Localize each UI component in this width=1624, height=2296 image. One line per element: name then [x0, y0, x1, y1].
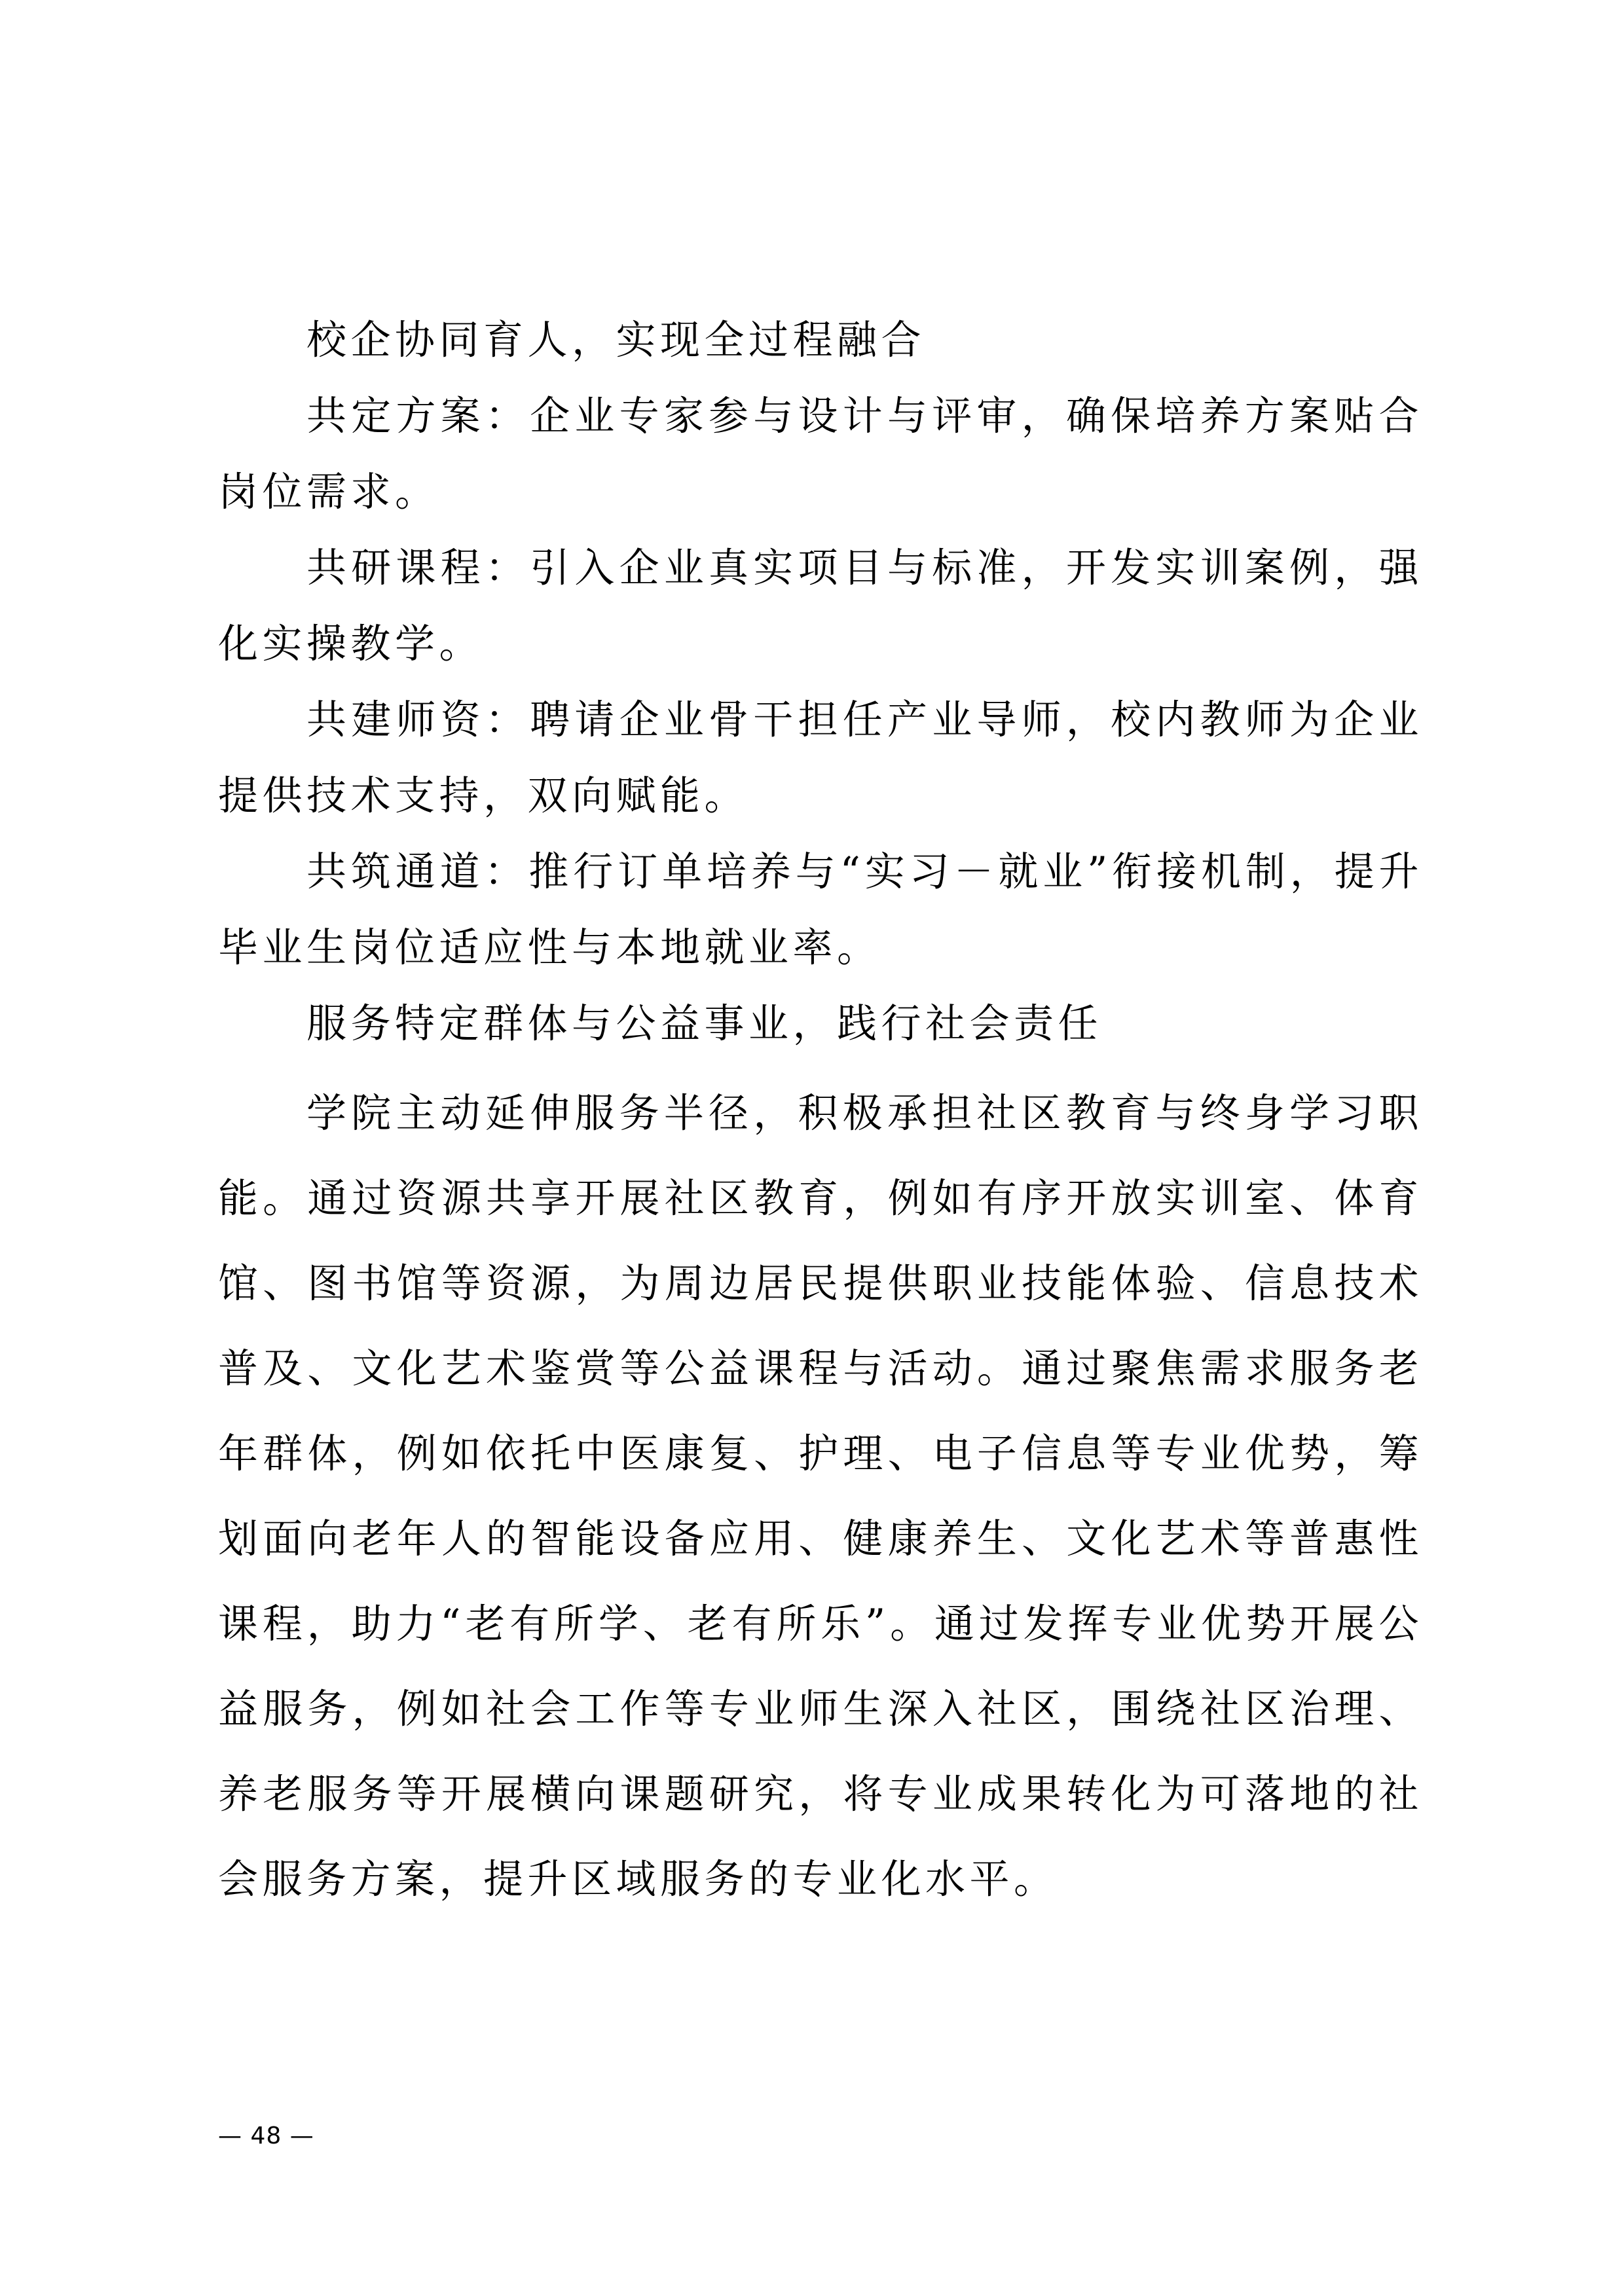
item-joint-channel: 共筑通道：推行订单培养与“实习－就业”衔接机制，提升毕业生岗位适应性与本地就业率… — [218, 834, 1423, 986]
section-heading-school-enterprise: 校企协同育人，实现全过程融合 — [218, 302, 1423, 378]
document-body: 校企协同育人，实现全过程融合 共定方案：企业专家参与设计与评审，确保培养方案贴合… — [218, 302, 1423, 1922]
document-page: 校企协同育人，实现全过程融合 共定方案：企业专家参与设计与评审，确保培养方案贴合… — [0, 0, 1624, 2296]
page-number: — 48 — — [218, 2123, 314, 2149]
item-joint-faculty: 共建师资：聘请企业骨干担任产业导师，校内教师为企业提供技术支持，双向赋能。 — [218, 682, 1423, 834]
item-joint-plan: 共定方案：企业专家参与设计与评审，确保培养方案贴合岗位需求。 — [218, 378, 1423, 530]
section-heading-public-service: 服务特定群体与公益事业，践行社会责任 — [218, 986, 1423, 1062]
item-joint-curriculum: 共研课程：引入企业真实项目与标准，开发实训案例，强化实操教学。 — [218, 530, 1423, 682]
body-paragraph-community-education: 学院主动延伸服务半径，积极承担社区教育与终身学习职能。通过资源共享开展社区教育，… — [218, 1071, 1423, 1922]
